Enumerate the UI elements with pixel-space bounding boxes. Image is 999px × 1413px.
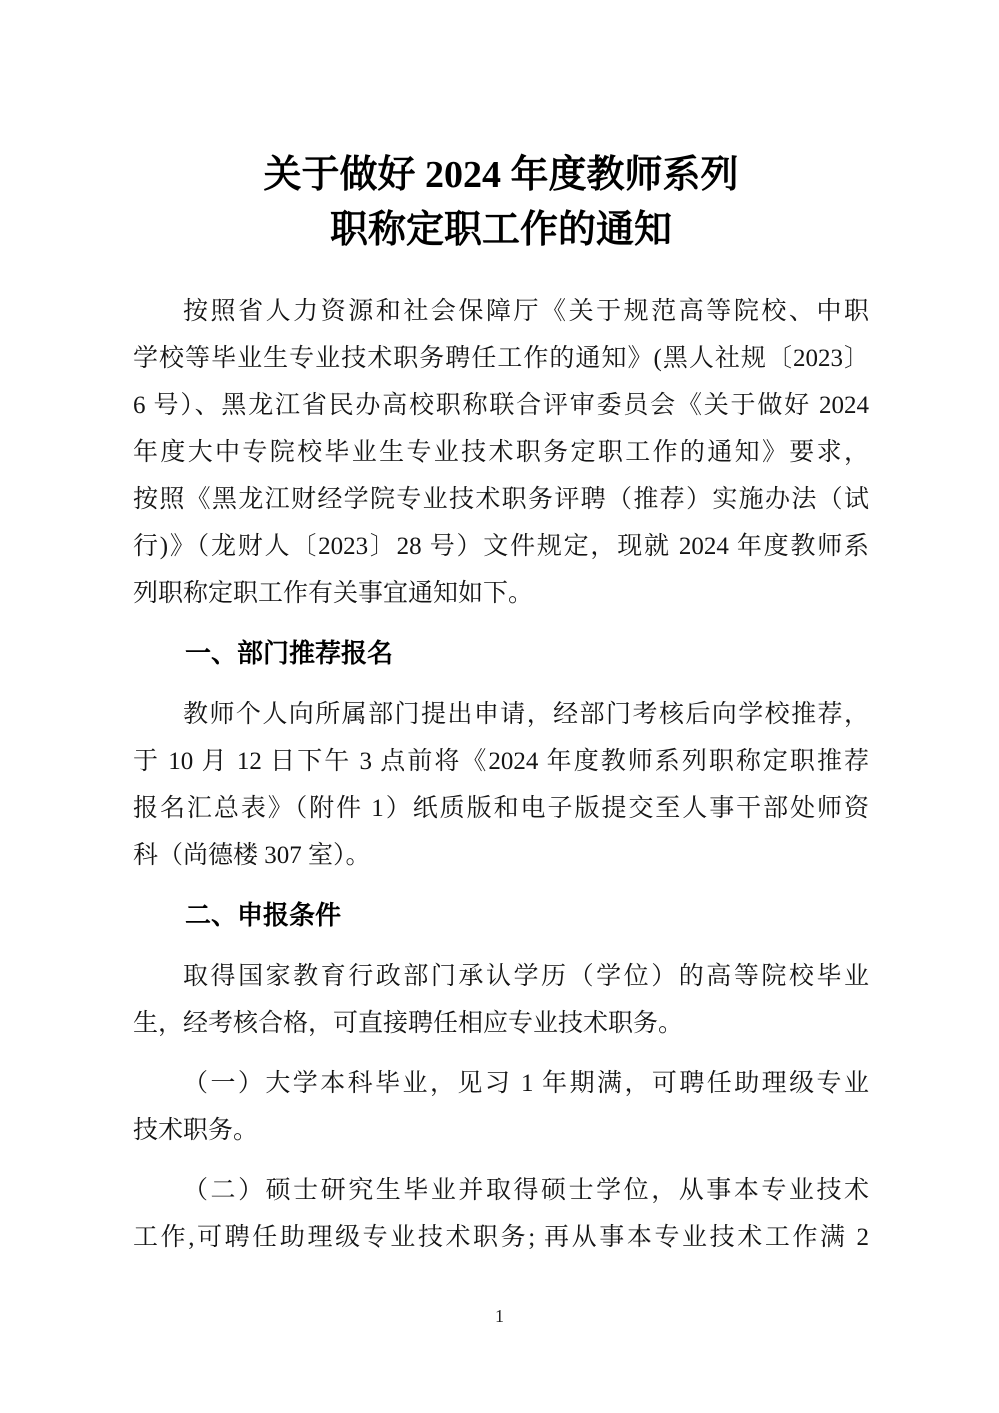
document-content: 关于做好 2024 年度教师系列 职称定职工作的通知 按照省人力资源和社会保障厅… — [0, 0, 999, 1261]
text-line: （二）硕士研究生毕业并取得硕士学位，从事本专业技术 — [133, 1167, 869, 1214]
section1-heading: 一、部门推荐报名 — [133, 630, 869, 677]
document-title: 关于做好 2024 年度教师系列 职称定职工作的通知 — [133, 148, 869, 258]
text-line: 于 10 月 12 日下午 3 点前将《2024 年度教师系列职称定职推荐 — [133, 738, 869, 785]
text-line: 技术职务。 — [133, 1107, 869, 1154]
text-line: 6 号）、黑龙江省民办高校职称联合评审委员会《关于做好 2024 — [133, 382, 869, 429]
intro-paragraph: 按照省人力资源和社会保障厅《关于规范高等院校、中职 学校等毕业生专业技术职务聘任… — [133, 288, 869, 617]
section2-paragraph1: 取得国家教育行政部门承认学历（学位）的高等院校毕业 生，经考核合格，可直接聘任相… — [133, 953, 869, 1047]
page-number: 1 — [0, 1302, 999, 1330]
text-line: 学校等毕业生专业技术职务聘任工作的通知》(黑人社规〔2023〕 — [133, 335, 869, 382]
text-line: 按照省人力资源和社会保障厅《关于规范高等院校、中职 — [133, 288, 869, 335]
text-line: 报名汇总表》（附件 1）纸质版和电子版提交至人事干部处师资 — [133, 785, 869, 832]
document-page: 关于做好 2024 年度教师系列 职称定职工作的通知 按照省人力资源和社会保障厅… — [0, 0, 999, 1413]
section2-paragraph3: （二）硕士研究生毕业并取得硕士学位，从事本专业技术 工作,可聘任助理级专业技术职… — [133, 1167, 869, 1261]
section2-heading: 二、申报条件 — [133, 892, 869, 939]
text-line: 按照《黑龙江财经学院专业技术职务评聘（推荐）实施办法（试 — [133, 476, 869, 523]
text-line: 教师个人向所属部门提出申请，经部门考核后向学校推荐， — [133, 691, 869, 738]
text-line: （一）大学本科毕业，见习 1 年期满，可聘任助理级专业 — [133, 1060, 869, 1107]
text-line: 生，经考核合格，可直接聘任相应专业技术职务。 — [133, 1000, 869, 1047]
text-line: 行)》（龙财人〔2023〕28 号）文件规定，现就 2024 年度教师系 — [133, 523, 869, 570]
document-title-line2: 职称定职工作的通知 — [133, 203, 869, 258]
text-line: 取得国家教育行政部门承认学历（学位）的高等院校毕业 — [133, 953, 869, 1000]
text-line: 工作,可聘任助理级专业技术职务; 再从事本专业技术工作满 2 — [133, 1214, 869, 1261]
text-line: 科（尚德楼 307 室）。 — [133, 832, 869, 879]
section1-paragraph: 教师个人向所属部门提出申请，经部门考核后向学校推荐， 于 10 月 12 日下午… — [133, 691, 869, 879]
text-line: 年度大中专院校毕业生专业技术职务定职工作的通知》要求， — [133, 429, 869, 476]
section2-paragraph2: （一）大学本科毕业，见习 1 年期满，可聘任助理级专业 技术职务。 — [133, 1060, 869, 1154]
document-title-line1: 关于做好 2024 年度教师系列 — [133, 148, 869, 203]
text-line: 列职称定职工作有关事宜通知如下。 — [133, 570, 869, 617]
